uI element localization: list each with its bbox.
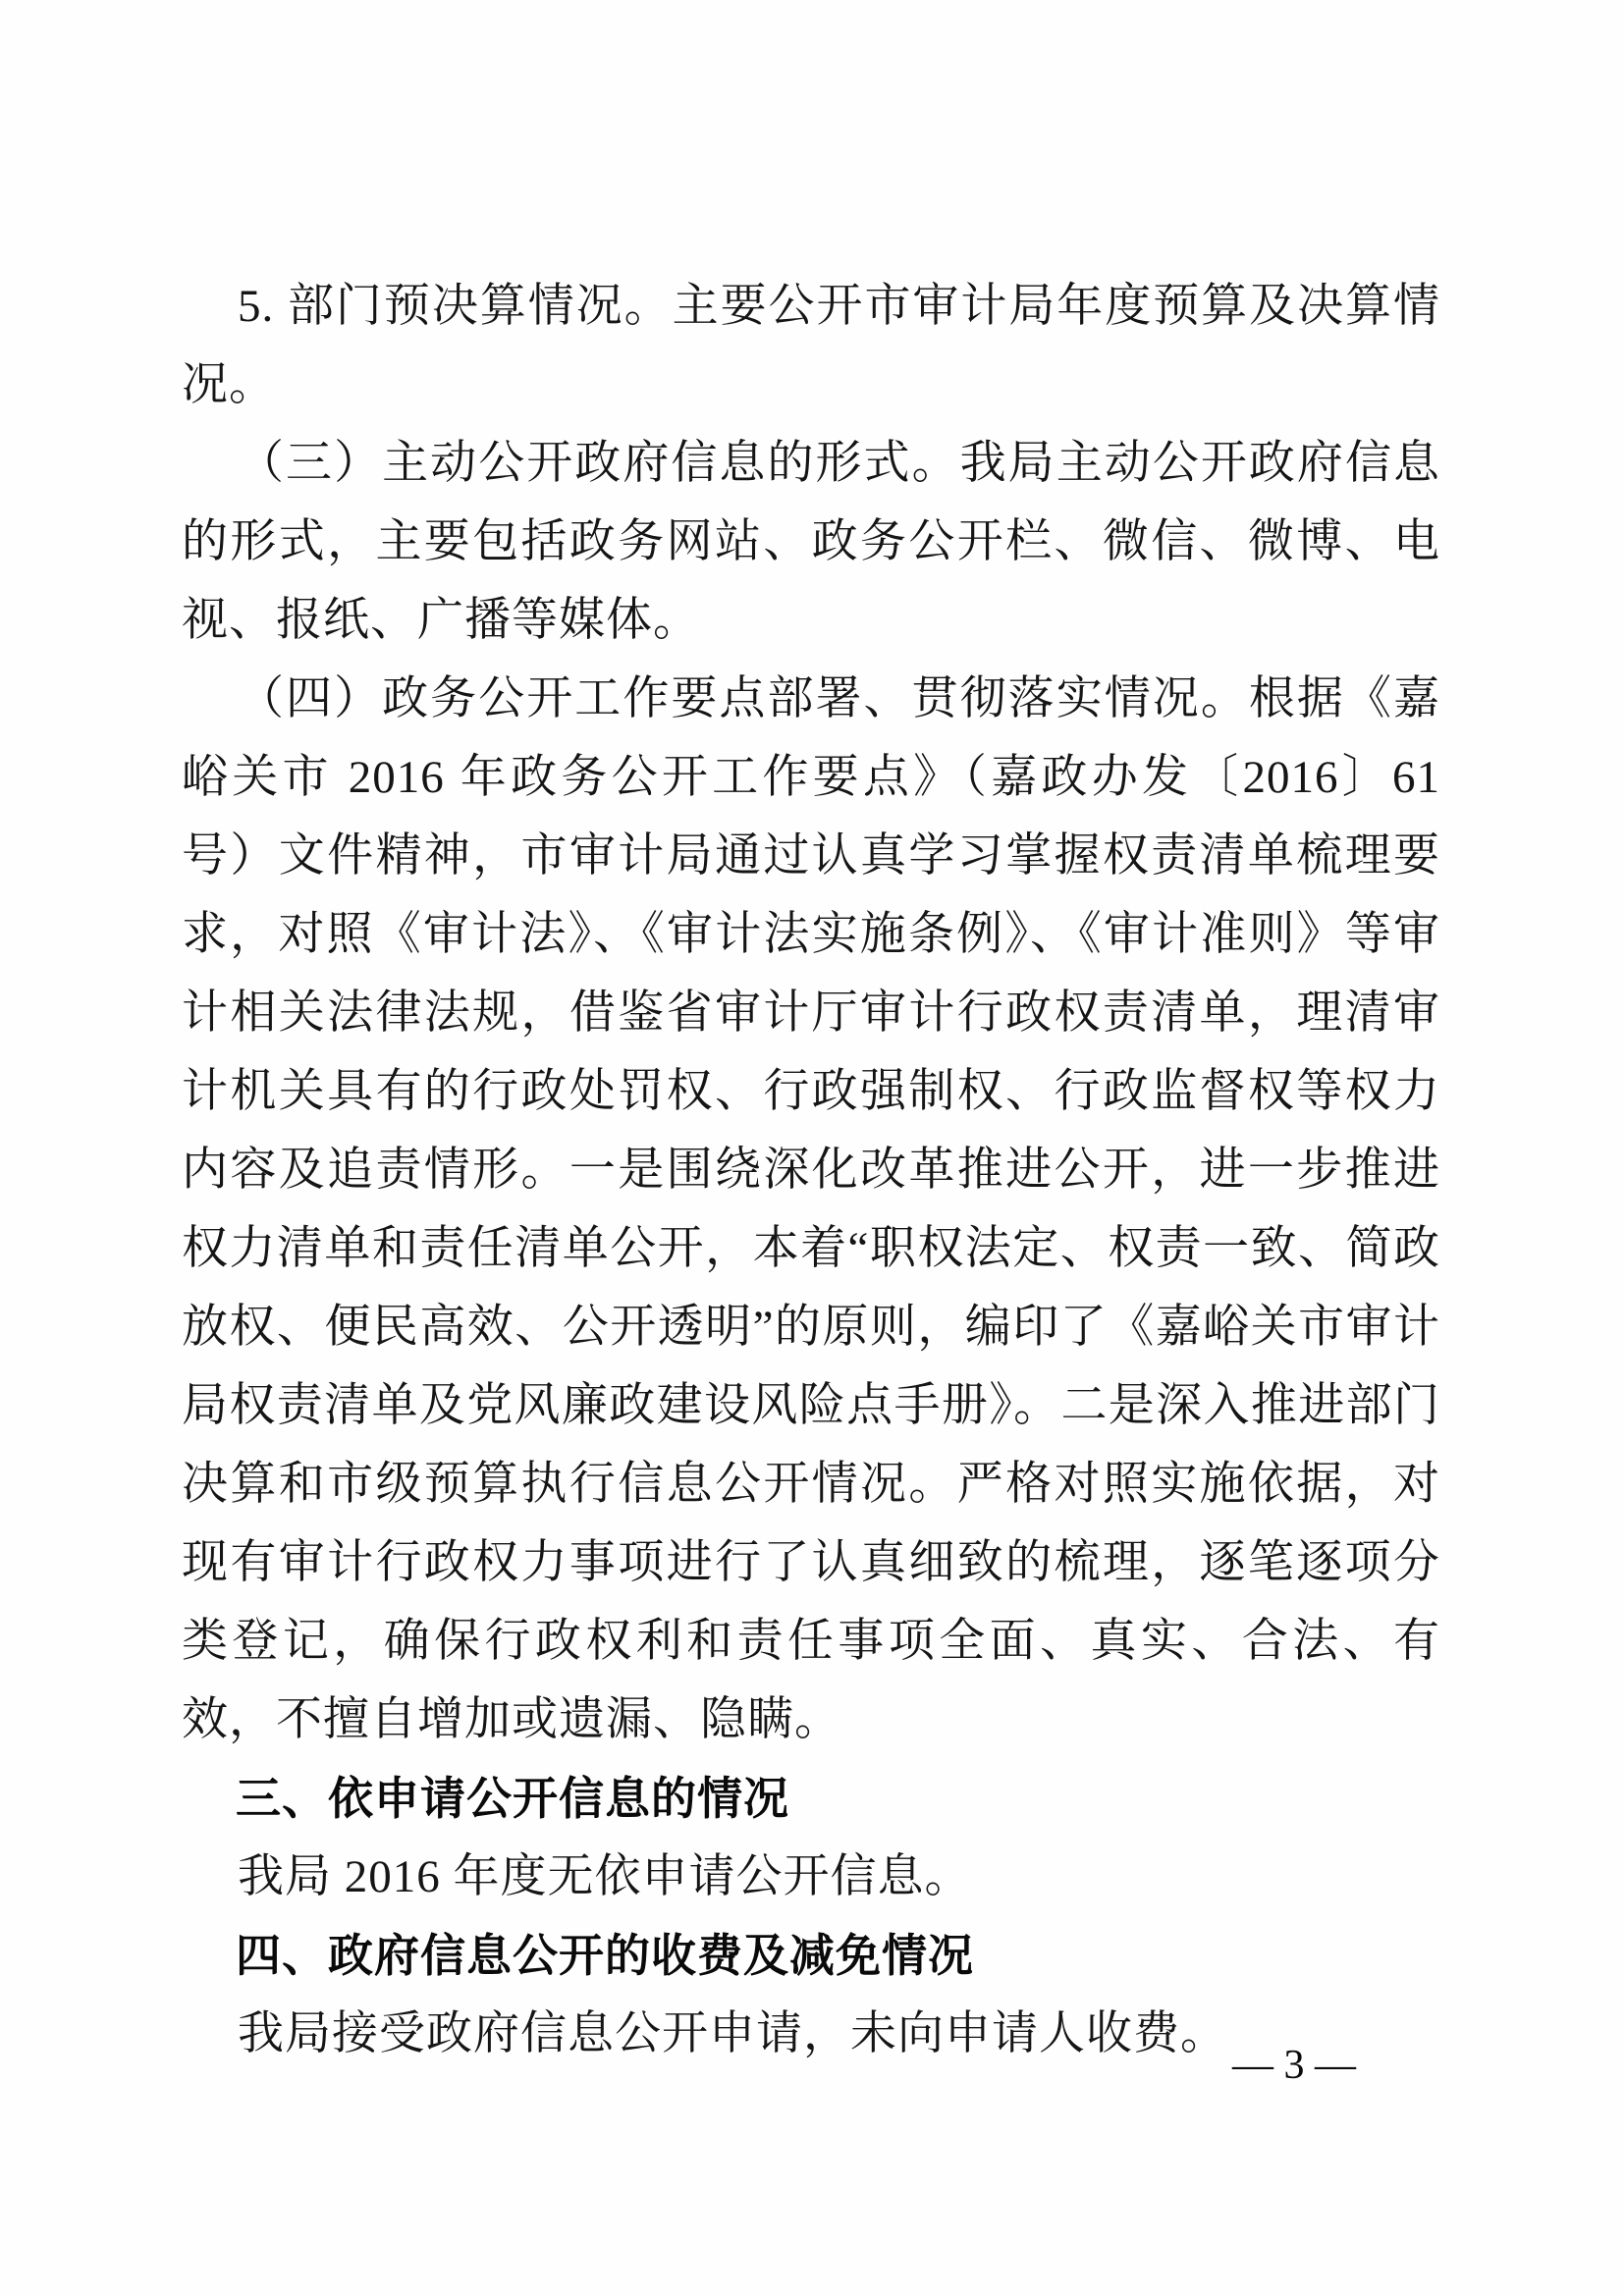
- body-paragraph: 5. 部门预决算情况。主要公开市审计局年度预算及决算情况。: [182, 267, 1440, 424]
- section-heading: 三、依申请公开信息的情况: [182, 1759, 1440, 1838]
- body-paragraph: （三）主动公开政府信息的形式。我局主动公开政府信息的形式，主要包括政务网站、政务…: [182, 424, 1440, 660]
- section-heading: 四、政府信息公开的收费及减免情况: [182, 1916, 1440, 1995]
- page-number: — 3 —: [1232, 2042, 1350, 2089]
- document-body: 5. 部门预决算情况。主要公开市审计局年度预算及决算情况。（三）主动公开政府信息…: [182, 267, 1440, 2073]
- body-paragraph: 我局 2016 年度无依申请公开信息。: [182, 1838, 1440, 1916]
- document-page: 5. 部门预决算情况。主要公开市审计局年度预算及决算情况。（三）主动公开政府信息…: [0, 0, 1624, 2296]
- body-paragraph: （四）政务公开工作要点部署、贯彻落实情况。根据《嘉峪关市 2016 年政务公开工…: [182, 660, 1440, 1759]
